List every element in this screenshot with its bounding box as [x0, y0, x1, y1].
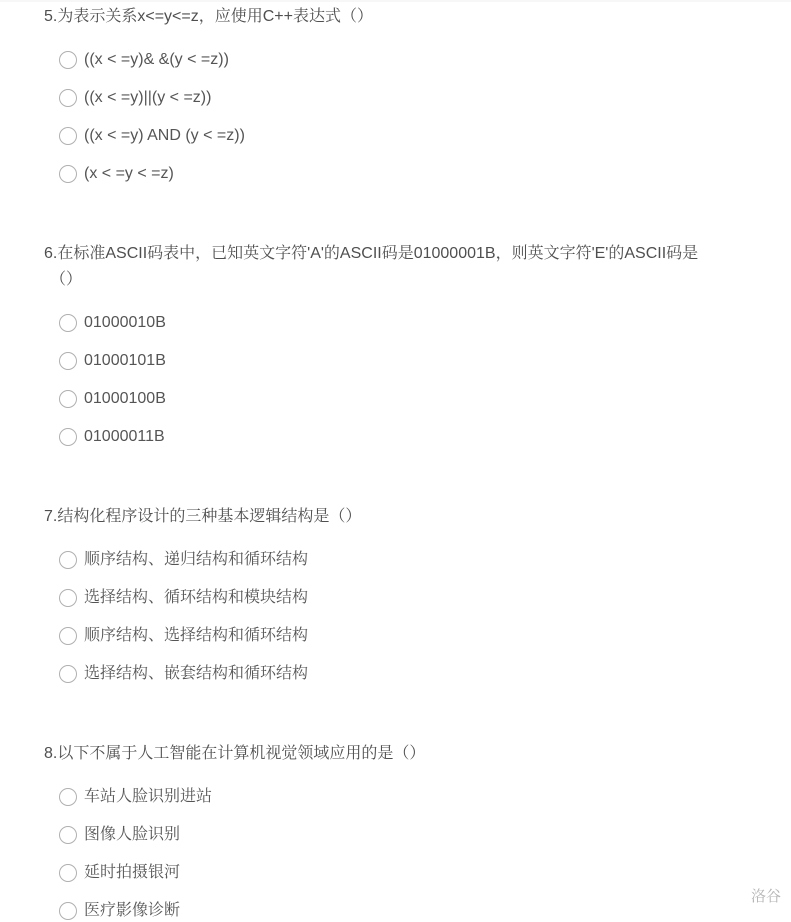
radio-button-icon[interactable] [59, 551, 77, 569]
question-title: 7.结构化程序设计的三种基本逻辑结构是（） [44, 504, 751, 530]
radio-button-icon[interactable] [59, 627, 77, 645]
watermark-luogu: 洛谷 [751, 885, 781, 906]
question-block-8: 8.以下不属于人工智能在计算机视觉领域应用的是（） 车站人脸识别进站 图像人脸识… [44, 741, 751, 920]
radio-button-icon[interactable] [59, 864, 77, 882]
options-group: 顺序结构、递归结构和循环结构 选择结构、循环结构和模块结构 顺序结构、选择结构和… [59, 551, 751, 683]
option-row[interactable]: ((x < =y)& &(y < =z)) [59, 51, 751, 69]
option-row[interactable]: 医疗影像诊断 [59, 902, 751, 920]
radio-button-icon[interactable] [59, 589, 77, 607]
question-title: 8.以下不属于人工智能在计算机视觉领域应用的是（） [44, 741, 751, 767]
radio-button-icon[interactable] [59, 352, 77, 370]
option-label[interactable]: 顺序结构、递归结构和循环结构 [84, 551, 308, 569]
option-label[interactable]: 选择结构、嵌套结构和循环结构 [84, 665, 308, 683]
option-label[interactable]: 车站人脸识别进站 [84, 788, 212, 806]
radio-button-icon[interactable] [59, 902, 77, 920]
question-block-5: 5.为表示关系x<=y<=z，应使用C++表达式（） ((x < =y)& &(… [44, 4, 751, 183]
question-title-text: 6.在标准ASCII码表中，已知英文字符'A'的ASCII码是01000001B… [44, 241, 751, 267]
option-row[interactable]: 延时拍摄银河 [59, 864, 751, 882]
option-label[interactable]: 01000011B [84, 428, 165, 446]
option-row[interactable]: 图像人脸识别 [59, 826, 751, 844]
option-row[interactable]: 顺序结构、选择结构和循环结构 [59, 627, 751, 645]
option-row[interactable]: ((x < =y)||(y < =z)) [59, 89, 751, 107]
question-title: 5.为表示关系x<=y<=z，应使用C++表达式（） [44, 4, 751, 30]
question-block-6: 6.在标准ASCII码表中，已知英文字符'A'的ASCII码是01000001B… [44, 241, 751, 446]
question-title-text-line2: （） [44, 267, 751, 293]
question-title-text: 5.为表示关系x<=y<=z，应使用C++表达式（） [44, 4, 751, 30]
option-label[interactable]: 图像人脸识别 [84, 826, 180, 844]
options-group: ((x < =y)& &(y < =z)) ((x < =y)||(y < =z… [59, 51, 751, 183]
radio-button-icon[interactable] [59, 788, 77, 806]
options-group: 车站人脸识别进站 图像人脸识别 延时拍摄银河 医疗影像诊断 [59, 788, 751, 920]
option-row[interactable]: 01000101B [59, 352, 751, 370]
radio-button-icon[interactable] [59, 390, 77, 408]
option-row[interactable]: 01000100B [59, 390, 751, 408]
option-label[interactable]: 医疗影像诊断 [84, 902, 180, 920]
options-group: 01000010B 01000101B 01000100B 01000011B [59, 314, 751, 446]
option-label[interactable]: 延时拍摄银河 [84, 864, 180, 882]
option-label[interactable]: 顺序结构、选择结构和循环结构 [84, 627, 308, 645]
option-row[interactable]: 选择结构、循环结构和模块结构 [59, 589, 751, 607]
option-label[interactable]: (x < =y < =z) [84, 165, 174, 183]
option-label[interactable]: 01000100B [84, 390, 166, 408]
option-label[interactable]: ((x < =y) AND (y < =z)) [84, 127, 245, 145]
radio-button-icon[interactable] [59, 665, 77, 683]
survey-question-list: 5.为表示关系x<=y<=z，应使用C++表达式（） ((x < =y)& &(… [0, 2, 791, 920]
radio-button-icon[interactable] [59, 314, 77, 332]
option-row[interactable]: ((x < =y) AND (y < =z)) [59, 127, 751, 145]
option-label[interactable]: 01000101B [84, 352, 166, 370]
option-row[interactable]: 01000011B [59, 428, 751, 446]
question-title-text: 7.结构化程序设计的三种基本逻辑结构是（） [44, 504, 751, 530]
radio-button-icon[interactable] [59, 51, 77, 69]
option-label[interactable]: ((x < =y)& &(y < =z)) [84, 51, 229, 69]
option-row[interactable]: 01000010B [59, 314, 751, 332]
option-label[interactable]: 01000010B [84, 314, 166, 332]
radio-button-icon[interactable] [59, 127, 77, 145]
radio-button-icon[interactable] [59, 165, 77, 183]
radio-button-icon[interactable] [59, 89, 77, 107]
question-title: 6.在标准ASCII码表中，已知英文字符'A'的ASCII码是01000001B… [44, 241, 751, 293]
option-row[interactable]: 顺序结构、递归结构和循环结构 [59, 551, 751, 569]
option-row[interactable]: 选择结构、嵌套结构和循环结构 [59, 665, 751, 683]
option-row[interactable]: 车站人脸识别进站 [59, 788, 751, 806]
option-label[interactable]: 选择结构、循环结构和模块结构 [84, 589, 308, 607]
question-block-7: 7.结构化程序设计的三种基本逻辑结构是（） 顺序结构、递归结构和循环结构 选择结… [44, 504, 751, 683]
radio-button-icon[interactable] [59, 428, 77, 446]
option-row[interactable]: (x < =y < =z) [59, 165, 751, 183]
option-label[interactable]: ((x < =y)||(y < =z)) [84, 89, 211, 107]
radio-button-icon[interactable] [59, 826, 77, 844]
question-title-text: 8.以下不属于人工智能在计算机视觉领域应用的是（） [44, 741, 751, 767]
